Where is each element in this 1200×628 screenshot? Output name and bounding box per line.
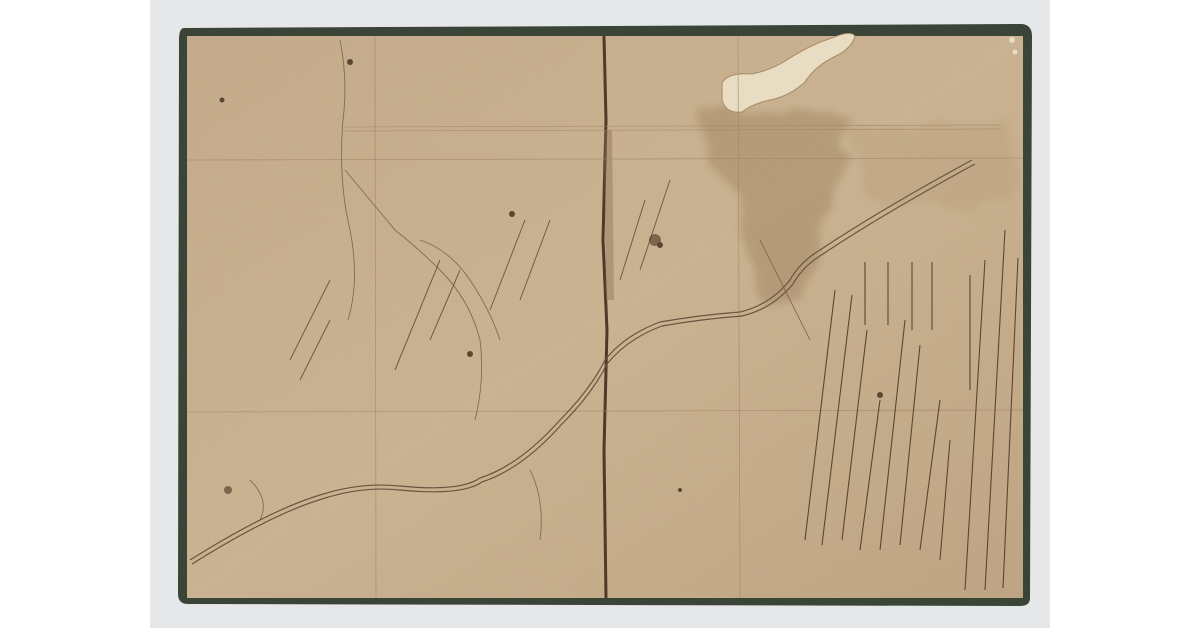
manuscript-map [0, 0, 1200, 628]
